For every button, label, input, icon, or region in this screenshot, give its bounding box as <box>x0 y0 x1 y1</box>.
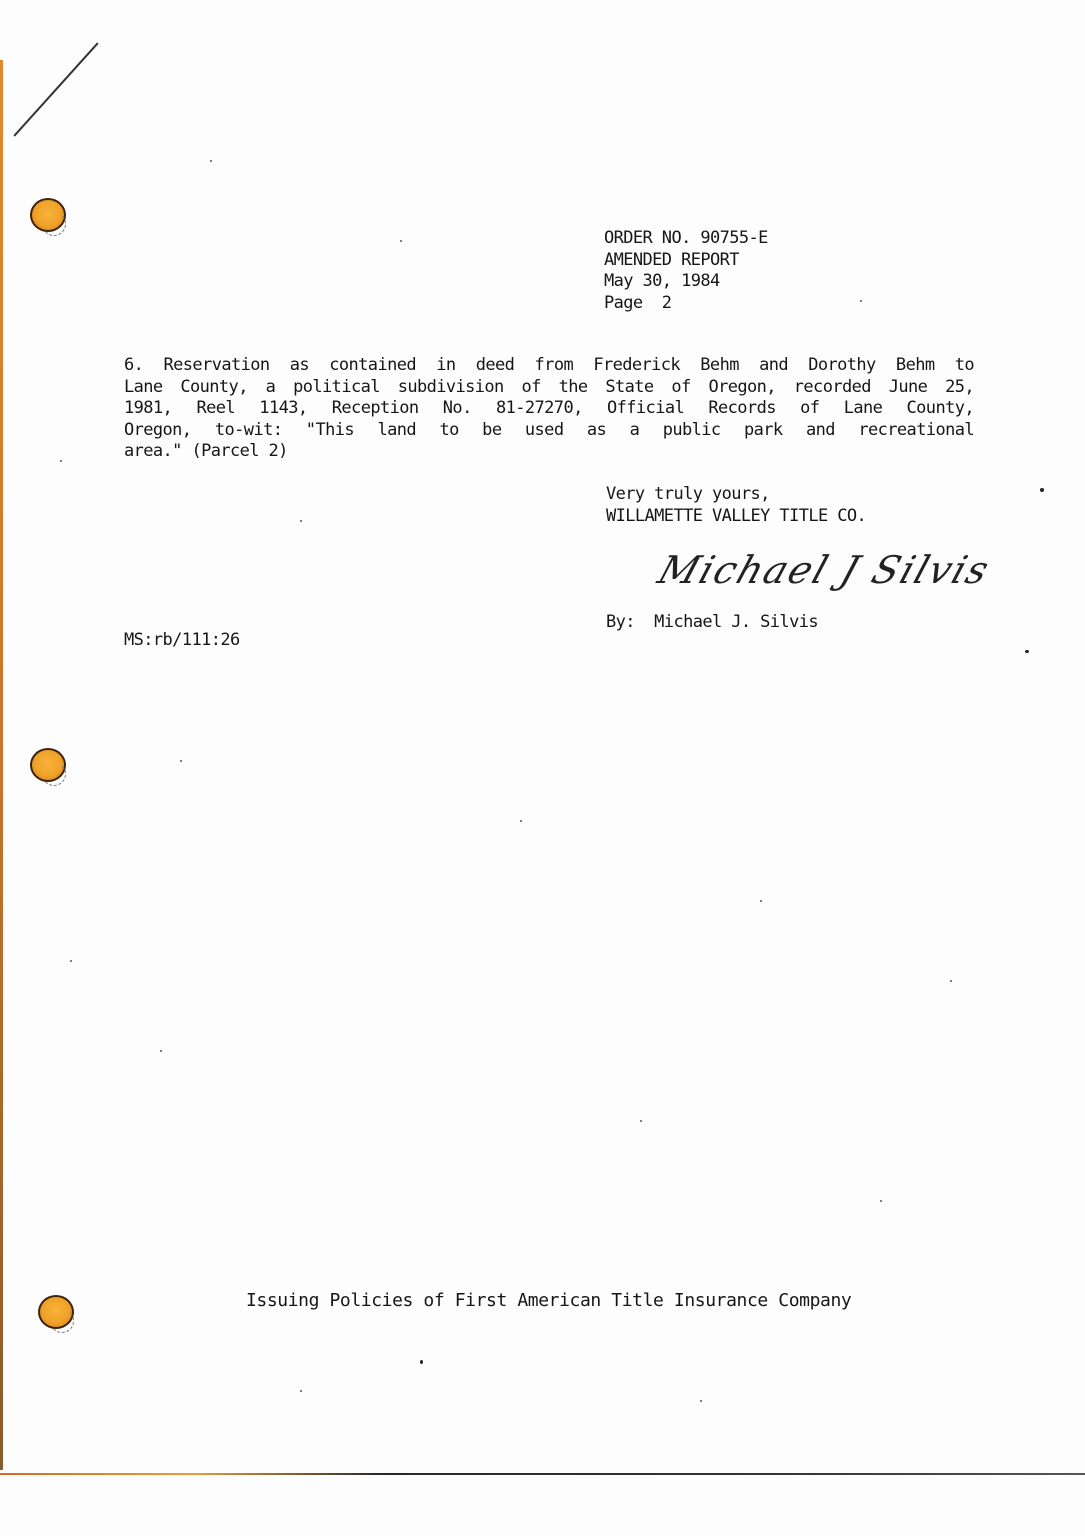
reservation-paragraph: 6. Reservation as contained in deed from… <box>124 355 974 463</box>
report-type: AMENDED REPORT <box>604 250 768 272</box>
paragraph-line: 1981, Reel 1143, Reception No. 81-27270,… <box>124 398 974 420</box>
paragraph-line: 6. Reservation as contained in deed from… <box>124 355 974 377</box>
signatory-name: By: Michael J. Silvis <box>606 612 818 634</box>
scan-scratch-mark <box>13 42 98 136</box>
paragraph-line: Lane County, a political subdivision of … <box>124 377 974 399</box>
salutation: Very truly yours, <box>606 484 866 506</box>
footer-text: Issuing Policies of First American Title… <box>246 1290 851 1312</box>
order-header: ORDER NO. 90755-EAMENDED REPORTMay 30, 1… <box>604 228 768 314</box>
punch-hole-icon <box>30 748 66 782</box>
punch-hole-icon <box>38 1295 74 1329</box>
paragraph-line: area." (Parcel 2) <box>124 441 974 463</box>
scan-bottom-edge <box>0 1473 1085 1475</box>
reference-initials: MS:rb/111:26 <box>124 630 240 652</box>
company-name: WILLAMETTE VALLEY TITLE CO. <box>606 506 866 528</box>
closing-block: Very truly yours,WILLAMETTE VALLEY TITLE… <box>606 484 866 527</box>
order-number: ORDER NO. 90755-E <box>604 228 768 250</box>
punch-hole-icon <box>30 198 66 232</box>
report-date: May 30, 1984 <box>604 271 768 293</box>
scan-left-edge <box>0 60 3 1470</box>
handwritten-signature: Michael J Silvis <box>653 548 996 592</box>
paragraph-line: Oregon, to-wit: "This land to be used as… <box>124 420 974 442</box>
page-number: Page 2 <box>604 293 768 315</box>
